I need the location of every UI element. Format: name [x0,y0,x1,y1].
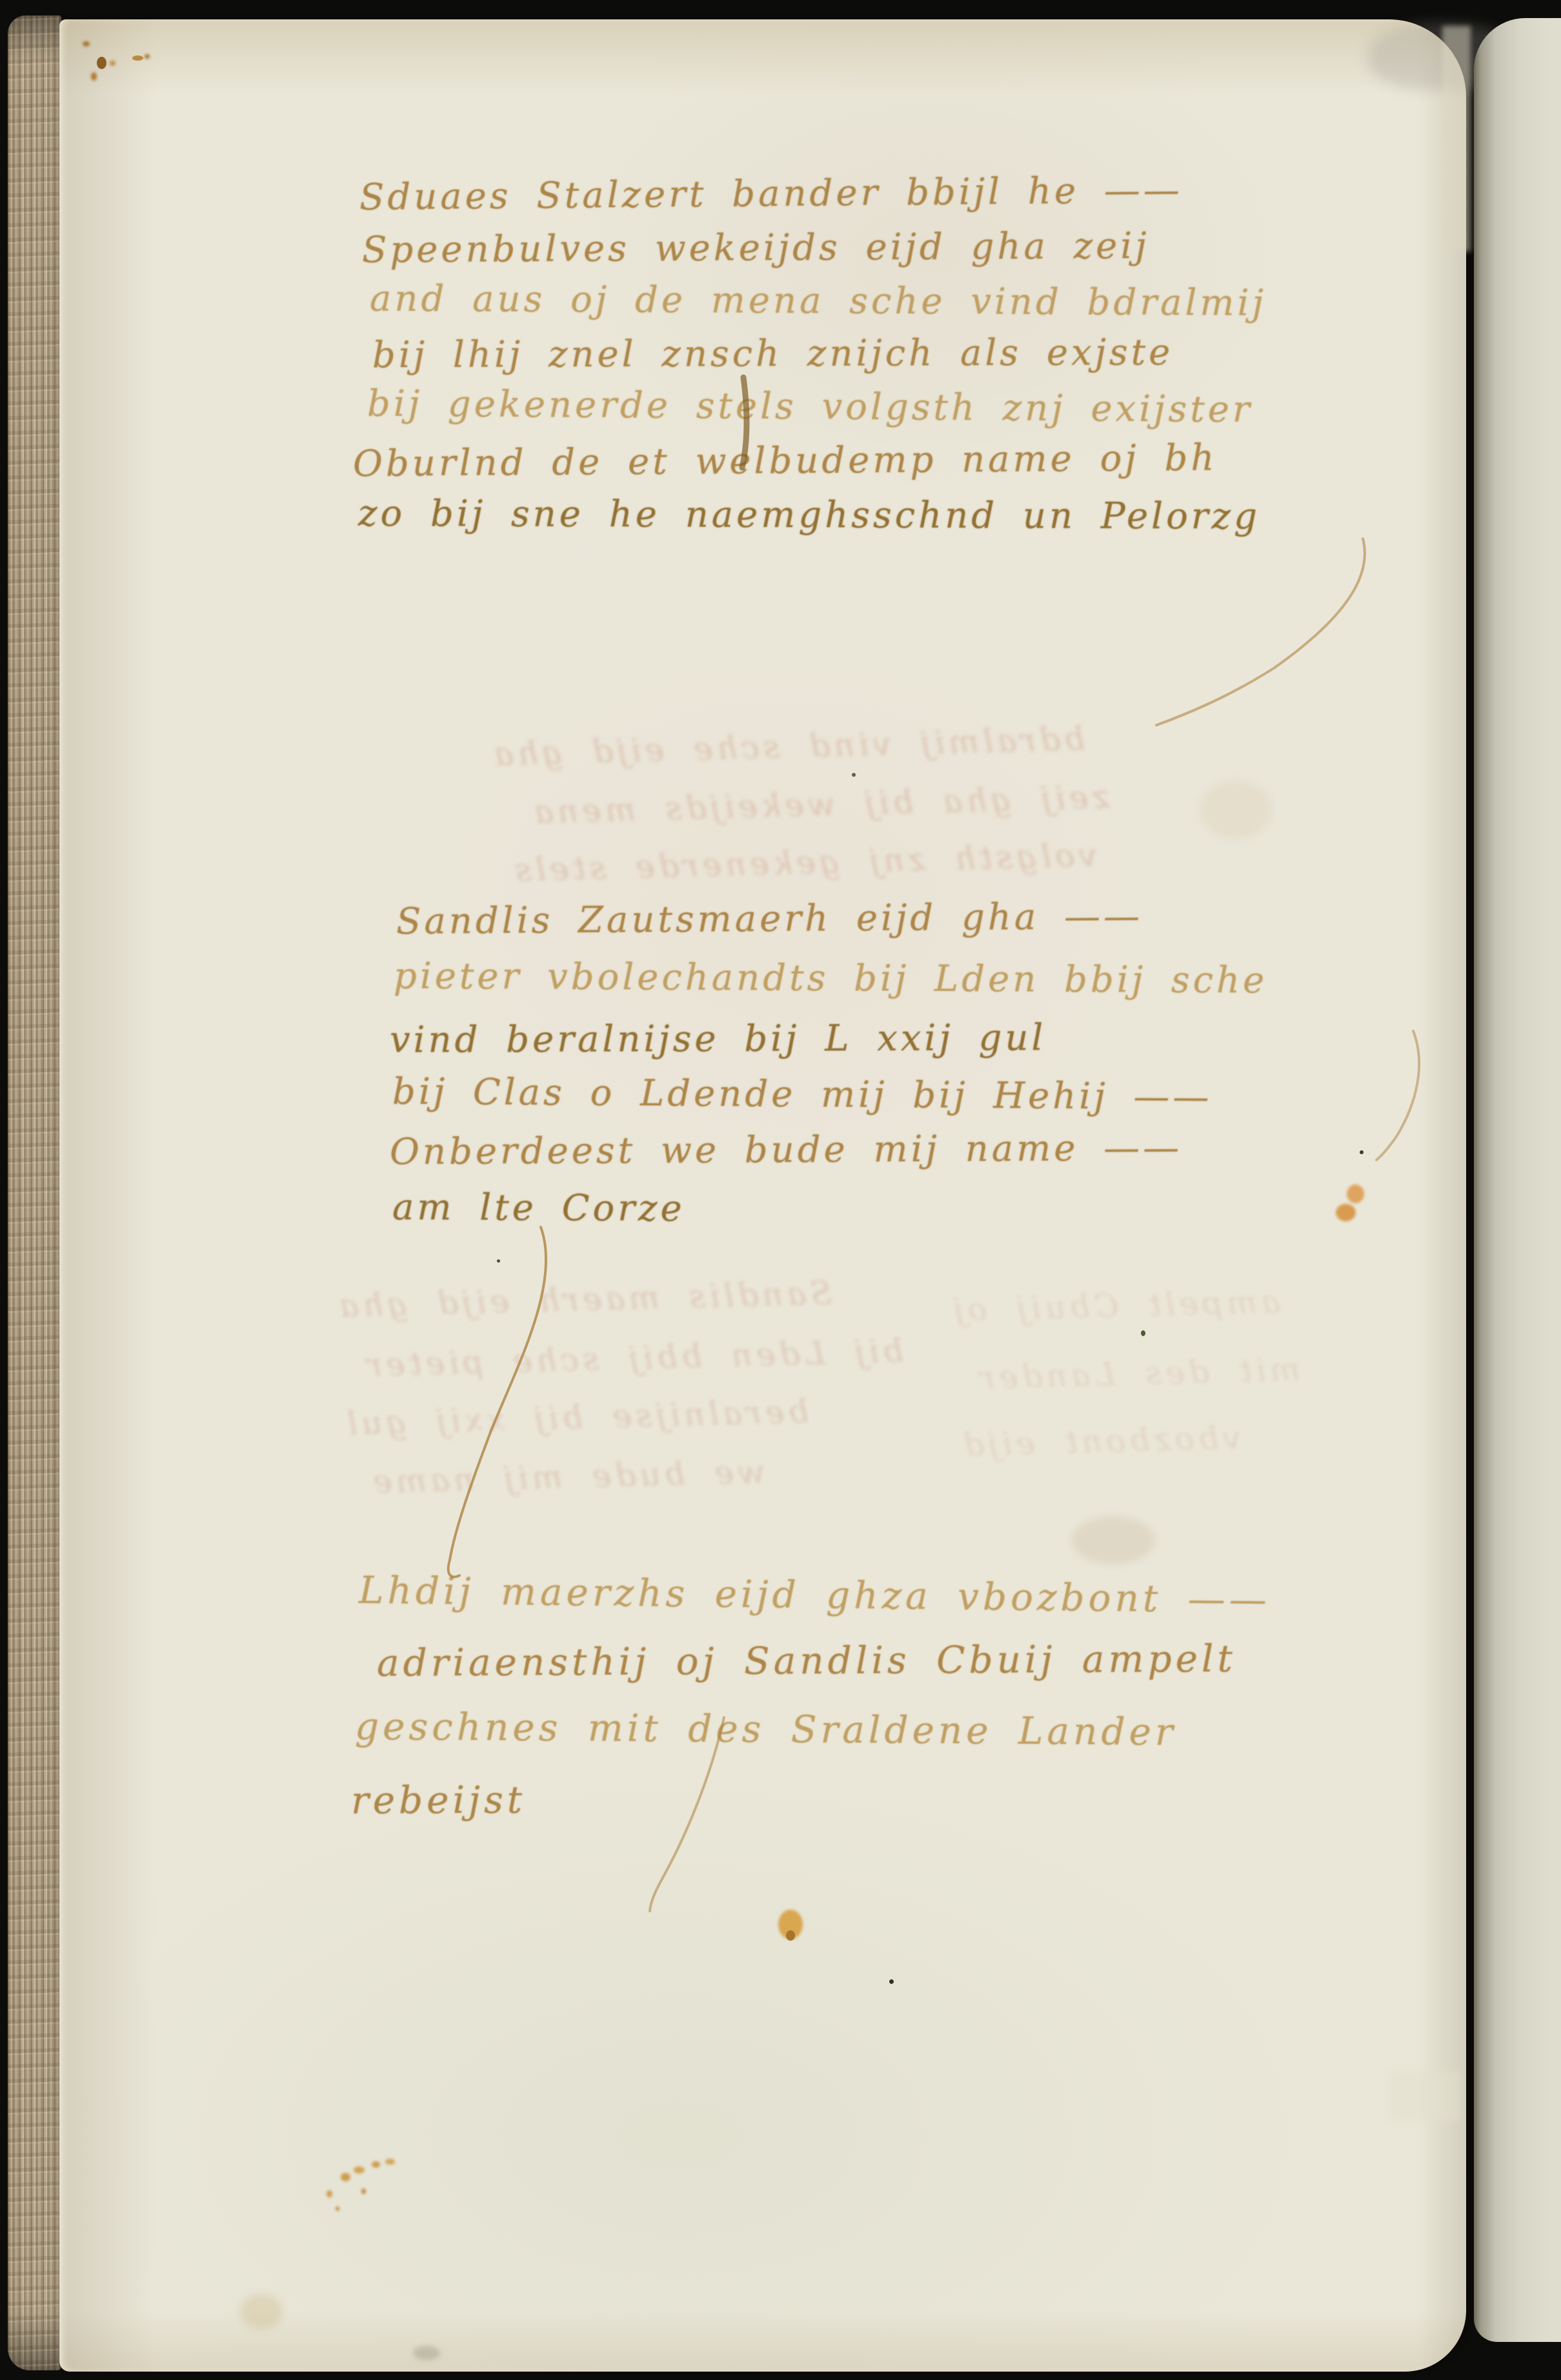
handwritten-line: and aus oj de mena sche vind bdralmij [370,277,1267,324]
ink-speck [132,55,143,61]
ink-speck [97,57,106,69]
ink-speck [327,2190,332,2197]
dark-speck [889,1979,894,1984]
handwritten-line: Onberdeest we bude mij name —— [390,1127,1182,1173]
orange-ink-stain [1347,1185,1364,1203]
facing-page-edge [1474,18,1561,2342]
ink-speck [372,2161,380,2168]
ink-speck [385,2159,395,2165]
orange-ink-stain [1336,1204,1356,1221]
book-page-edges [8,15,61,2370]
green-fibre-speck [852,773,856,777]
paper-smudge [240,2294,283,2329]
bleedthrough-line: zeij gha bij wekeijds mena [530,778,1109,830]
handwritten-line: adriaensthij oj Sandlis Cbuij ampelt [377,1637,1236,1685]
ochre-ink-blot-core [786,1930,795,1941]
bleedthrough-line: bij Lden bbij sche pieter [362,1332,903,1384]
handwritten-line: am lte Corze [392,1186,685,1230]
repair-tape-mark-bottom [1389,2071,1460,2121]
handwritten-line: Sandlis Zautsmaerh eijd gha —— [396,895,1143,943]
handwritten-line: bij gekenerde stels volgsth znj exijster [367,383,1253,431]
handwritten-line: Lhdij maerzhs eijd ghza vbozbont —— [359,1568,1271,1622]
page-edge-texture [8,15,59,2370]
handwritten-line: vind beralnijse bij L xxij gul [390,1017,1047,1061]
ink-speck [341,2173,350,2181]
ink-speck [361,2188,366,2194]
archival-photo-of-manuscript: bdralmij vind sche eijd gha zeij gha bij… [0,0,1561,2380]
handwritten-line: bij Clas o Ldende mij bij Hehij —— [392,1071,1213,1119]
handwritten-line: Oburlnd de et welbudemp name oj bh [353,437,1218,485]
bleedthrough-line: vbozbont eijd [959,1419,1241,1463]
paper-smudge [1200,781,1271,839]
handwritten-line: Speenbulves wekeijds eijd gha zeij [362,225,1150,271]
paper-smudge [1071,1516,1155,1565]
paper-smudge [413,2346,440,2360]
ink-speck [145,54,150,59]
ink-speck [110,61,116,66]
ink-speck [336,2206,339,2211]
bleedthrough-line: volgsth znj gekenerde stels [510,836,1097,889]
ink-speck [83,41,90,46]
manuscript-page: bdralmij vind sche eijd gha zeij gha bij… [59,19,1466,2372]
bleedthrough-line: Sandlis maerh eijd gha [335,1274,832,1325]
repair-tape-mark [1442,26,1471,252]
bleedthrough-line: beralnijse bij xxij gul [343,1393,809,1443]
dark-speck [497,1259,500,1263]
handwritten-line: bij lhij znel znsch znijch als exjste [372,332,1174,376]
bleedthrough-line: ampelt Cbuij oj [949,1283,1281,1328]
bleedthrough-line: mit des Lander [975,1350,1301,1396]
ink-speck [354,2166,365,2174]
handwritten-line: pieter vbolechandts bij Lden bbij sche [394,955,1268,1001]
bleedthrough-line: bdralmij vind sche eijd gha [490,720,1085,773]
ink-speck [91,72,97,81]
dark-speck [1360,1150,1364,1154]
bleedthrough-line: we bude mij name [368,1453,765,1501]
handwritten-line: zo bij sne he naemghsschnd un Pelorzg [358,493,1260,538]
handwritten-line: Sduaes Stalzert bander bbijl he —— [359,169,1183,218]
green-fibre-speck [1141,1330,1145,1336]
handwritten-line: rebeijst [351,1778,526,1823]
handwritten-line: geschnes mit des Sraldene Lander [355,1705,1177,1754]
